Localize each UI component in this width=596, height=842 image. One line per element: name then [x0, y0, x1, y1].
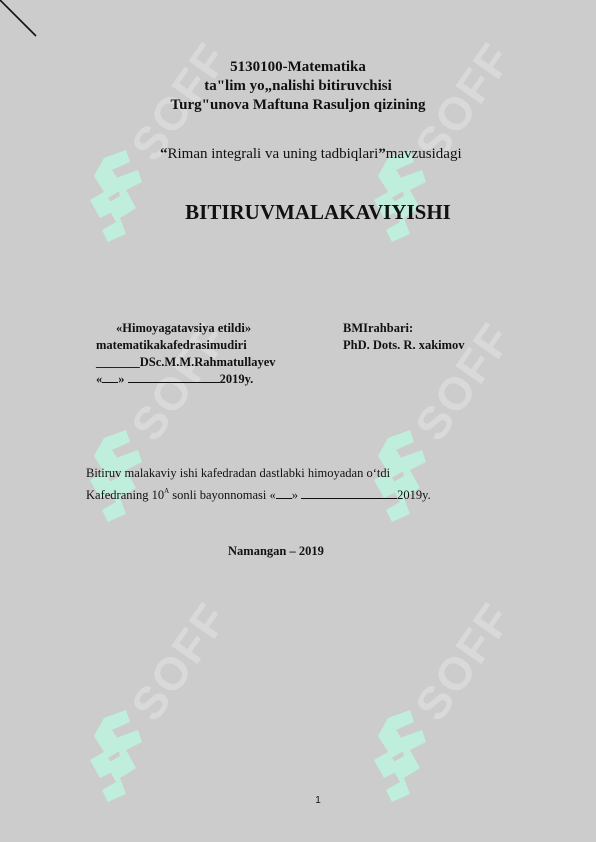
- watermark-logo-icon: [370, 708, 426, 802]
- watermark-logo-icon: [86, 148, 142, 242]
- approval-block: «Himoyagatavsiya etildi» matematikakafed…: [96, 320, 276, 388]
- signature-blank: _______: [96, 355, 140, 369]
- city-year: Namangan – 2019: [228, 544, 324, 559]
- date-close-quote: »: [292, 488, 301, 502]
- pre-defense-note: Bitiruv malakaviy ishi kafedradan dastla…: [86, 464, 431, 504]
- note-year: 2019y.: [397, 488, 431, 502]
- department-head-name: DSc.M.M.Rahmatullayev: [140, 355, 276, 369]
- corner-crop-mark-icon: [0, 0, 40, 40]
- watermark-text: SOFF: [404, 592, 523, 730]
- supervisor-block: BMIrahbari: PhD. Dots. R. xakimov: [343, 320, 465, 354]
- approval-department-head: matematikakafedrasimudiri: [96, 337, 276, 354]
- watermark: SOFF: [364, 600, 564, 810]
- approval-date-line: «» 2019y.: [96, 371, 276, 388]
- date-close-quote: »: [118, 372, 124, 386]
- topic-close-quote: ”: [378, 146, 386, 162]
- supervisor-name: PhD. Dots. R. xakimov: [343, 337, 465, 354]
- approval-heading: «Himoyagatavsiya etildi»: [96, 320, 276, 337]
- note-line-2: Kafedraning 10A sonli bayonnomasi «» 201…: [86, 482, 431, 504]
- note-line-1: Bitiruv malakaviy ishi kafedradan dastla…: [86, 464, 431, 482]
- protocol-text: sonli bayonnomasi «: [169, 488, 276, 502]
- topic-text: Riman integrali va uning tadbiqlari: [168, 146, 379, 162]
- page-number: 1: [0, 795, 596, 806]
- watermark-logo-icon: [86, 708, 142, 802]
- thesis-topic: “Riman integrali va uning tadbiqlari”mav…: [160, 146, 462, 163]
- document-page: SOFF SOFF SOFF SOFF SOFF SOFF: [0, 0, 596, 842]
- approval-signature-line: _______DSc.M.M.Rahmatullayev: [96, 354, 276, 371]
- month-blank: [128, 371, 220, 383]
- watermark-text: SOFF: [120, 592, 239, 730]
- approval-year: 2019y.: [220, 372, 254, 386]
- header-specialty: 5130100-Matematika: [0, 58, 596, 77]
- watermark: SOFF: [80, 600, 280, 810]
- topic-open-quote: “: [160, 146, 168, 162]
- header-student-name: Turg"unova Maftuna Rasuljon qizining: [0, 96, 596, 115]
- day-blank: [276, 487, 292, 499]
- header-program: ta"lim yo„nalishi bitiruvchisi: [0, 77, 596, 96]
- document-title: BITIRUVMALAKAVIYISHI: [0, 200, 596, 225]
- day-blank: [102, 371, 118, 383]
- topic-suffix: mavzusidagi: [386, 146, 462, 162]
- protocol-number: Kafedraning 10: [86, 488, 164, 502]
- month-blank: [301, 487, 397, 499]
- supervisor-label: BMIrahbari:: [343, 320, 465, 337]
